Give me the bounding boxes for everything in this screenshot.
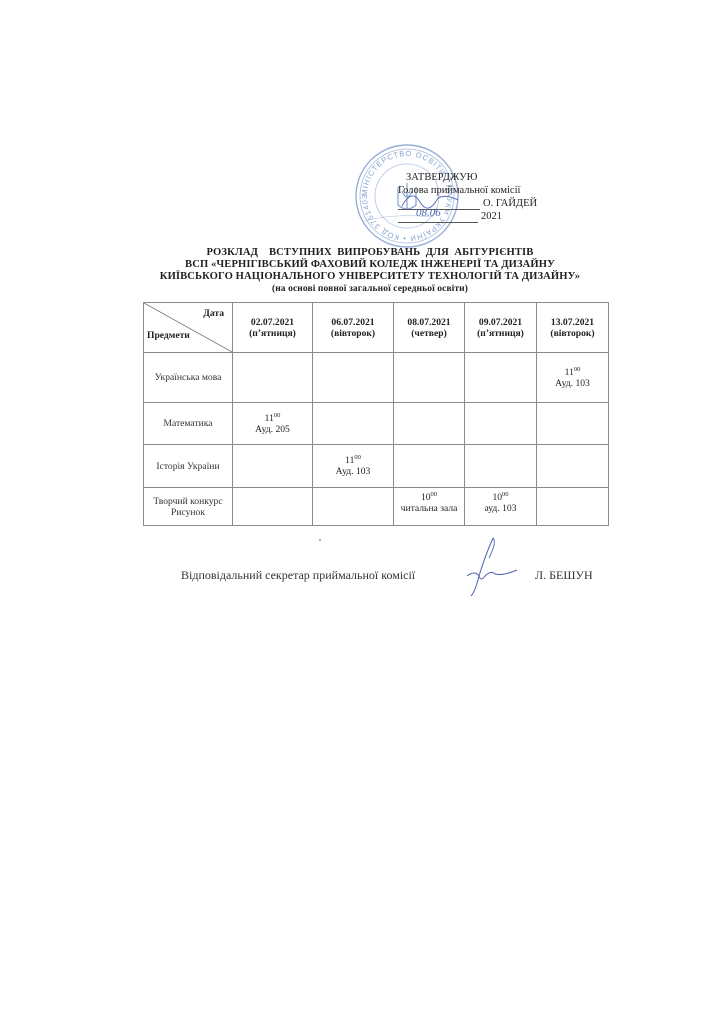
- exam-time: 1100: [313, 455, 393, 466]
- table-header-row: Дата Предмети 02.07.2021(п’ятниця) 06.07…: [144, 303, 609, 353]
- exam-slot-cell: 1000ауд. 103: [465, 488, 537, 526]
- empty-cell: [537, 488, 609, 526]
- empty-cell: [313, 488, 394, 526]
- exam-time: 1000: [465, 492, 536, 503]
- secretary-position: Відповідальний секретар приймальної комі…: [181, 568, 415, 583]
- column-header: 09.07.2021(п’ятниця): [465, 303, 537, 353]
- empty-cell: [313, 353, 394, 403]
- empty-cell: [394, 445, 465, 488]
- exam-minutes: 00: [274, 412, 281, 419]
- exam-time: 1000: [394, 492, 464, 503]
- exam-hour: 11: [565, 367, 574, 378]
- empty-cell: [233, 445, 313, 488]
- exam-hour: 10: [421, 492, 431, 503]
- exam-room: ауд. 103: [465, 503, 536, 514]
- column-day: (вівторок): [313, 328, 393, 339]
- column-header: 08.07.2021(четвер): [394, 303, 465, 353]
- corner-date-label: Дата: [203, 308, 224, 319]
- empty-cell: [233, 488, 313, 526]
- column-date: 02.07.2021: [233, 317, 312, 328]
- title-subtitle: (на основі повної загальної середньої ос…: [120, 283, 620, 295]
- corner-cell: Дата Предмети: [144, 303, 233, 353]
- exam-minutes: 00: [574, 366, 581, 373]
- column-date: 06.07.2021: [313, 317, 393, 328]
- exam-room: Ауд. 103: [313, 466, 393, 477]
- speck: [319, 539, 321, 541]
- subject-name: Математика: [144, 418, 232, 429]
- approval-year: 2021: [481, 211, 502, 222]
- exam-time: 1100: [537, 367, 608, 378]
- schedule-table: Дата Предмети 02.07.2021(п’ятниця) 06.07…: [143, 302, 609, 526]
- subject-cell: Українська мова: [144, 353, 233, 403]
- exam-hour: 10: [492, 492, 502, 503]
- column-date: 13.07.2021: [537, 317, 608, 328]
- table-row: Творчий конкурсРисунок1000читальна зала1…: [144, 488, 609, 526]
- empty-cell: [465, 445, 537, 488]
- document-title: РОЗКЛАД ВСТУПНИХ ВИПРОБУВАНЬ ДЛЯ АБІТУРІ…: [120, 247, 620, 295]
- exam-minutes: 00: [354, 454, 361, 461]
- exam-room: Ауд. 205: [233, 424, 312, 435]
- exam-hour: 11: [345, 455, 354, 466]
- exam-slot-cell: 1100Ауд. 103: [313, 445, 394, 488]
- empty-cell: [465, 353, 537, 403]
- column-day: (вівторок): [537, 328, 608, 339]
- secretary-signature: [463, 536, 523, 598]
- empty-cell: [233, 353, 313, 403]
- approver-name: О. ГАЙДЕЙ: [483, 198, 537, 209]
- exam-hour: 11: [265, 413, 274, 424]
- subject-cell: Історія України: [144, 445, 233, 488]
- subject-name: Українська мова: [144, 372, 232, 383]
- corner-subjects-label: Предмети: [147, 330, 190, 341]
- column-day: (п’ятниця): [465, 328, 536, 339]
- table-row: Українська мова1100Ауд. 103: [144, 353, 609, 403]
- subject-name: Рисунок: [144, 507, 232, 518]
- column-header: 06.07.2021(вівторок): [313, 303, 394, 353]
- title-line-3: КИЇВСЬКОГО НАЦІОНАЛЬНОГО УНІВЕРСИТЕТУ ТЕ…: [120, 271, 620, 283]
- empty-cell: [313, 403, 394, 445]
- exam-slot-cell: 1100Ауд. 103: [537, 353, 609, 403]
- column-date: 09.07.2021: [465, 317, 536, 328]
- subject-cell: Творчий конкурсРисунок: [144, 488, 233, 526]
- title-line-1: РОЗКЛАД ВСТУПНИХ ВИПРОБУВАНЬ ДЛЯ АБІТУРІ…: [120, 247, 620, 259]
- approver-signature: [398, 184, 468, 214]
- empty-cell: [465, 403, 537, 445]
- column-day: (четвер): [394, 328, 464, 339]
- exam-slot-cell: 1100Ауд. 205: [233, 403, 313, 445]
- empty-cell: [394, 353, 465, 403]
- column-header: 02.07.2021(п’ятниця): [233, 303, 313, 353]
- table-row: Математика1100Ауд. 205: [144, 403, 609, 445]
- exam-minutes: 00: [431, 491, 438, 498]
- empty-cell: [394, 403, 465, 445]
- column-day: (п’ятниця): [233, 328, 312, 339]
- subject-name: Історія України: [144, 461, 232, 472]
- empty-cell: [537, 403, 609, 445]
- exam-slot-cell: 1000читальна зала: [394, 488, 465, 526]
- column-header: 13.07.2021(вівторок): [537, 303, 609, 353]
- exam-time: 1100: [233, 413, 312, 424]
- empty-cell: [537, 445, 609, 488]
- exam-room: Ауд. 103: [537, 378, 608, 389]
- table-row: Історія України1100Ауд. 103: [144, 445, 609, 488]
- column-date: 08.07.2021: [394, 317, 464, 328]
- secretary-name: Л. БЕШУН: [535, 568, 593, 583]
- exam-room: читальна зала: [394, 503, 464, 514]
- approve-label: ЗАТВЕРДЖУЮ: [398, 171, 537, 184]
- subject-name: Творчий конкурс: [144, 496, 232, 507]
- exam-minutes: 00: [502, 491, 509, 498]
- subject-cell: Математика: [144, 403, 233, 445]
- title-line-2: ВСП «ЧЕРНІГІВСЬКИЙ ФАХОВИЙ КОЛЕДЖ ІНЖЕНЕ…: [120, 259, 620, 271]
